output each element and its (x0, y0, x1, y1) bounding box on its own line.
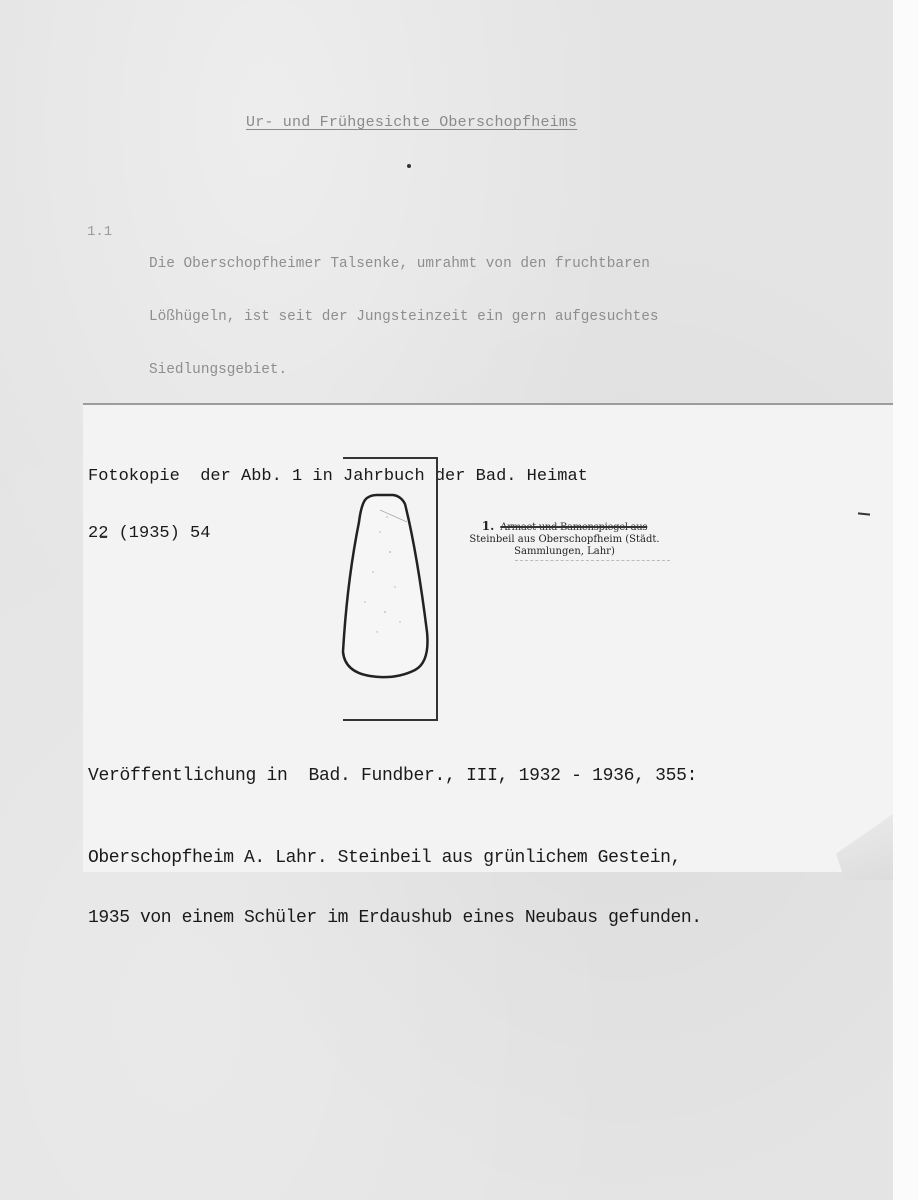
section-number: 1.1 (87, 224, 112, 240)
paragraph-line: Siedlungsgebiet. (149, 362, 849, 380)
document-title: Ur- und Frühgesichte Oberschopfheims (246, 114, 577, 131)
caption-struck-text: Armaet und Bamenspiegel aus (500, 522, 647, 533)
caption-divider (515, 560, 670, 561)
figure-caption: 1.Armaet und Bamenspiegel aus Steinbeil … (452, 520, 677, 558)
ink-speck (100, 536, 107, 538)
paragraph-line: Die Oberschopfheimer Talsenke, umrahmt v… (149, 256, 849, 274)
publication-reference: Veröffentlichung in Bad. Fundber., III, … (88, 766, 697, 786)
stone-axe-drawing (335, 492, 435, 682)
clipping-header-line: Fotokopie der Abb. 1 in Jahrbuch der Bad… (88, 467, 588, 486)
find-description: Oberschopfheim A. Lahr. Steinbeil aus gr… (88, 808, 702, 948)
ink-dot (407, 164, 411, 168)
description-line: 1935 von einem Schüler im Erdaushub eine… (88, 908, 702, 928)
caption-number: 1. (482, 519, 495, 533)
description-line: Oberschopfheim A. Lahr. Steinbeil aus gr… (88, 848, 702, 868)
caption-line: Sammlungen, Lahr) (452, 546, 677, 558)
caption-line: Steinbeil aus Oberschopfheim (Städt. (452, 534, 677, 546)
paragraph-line: Lößhügeln, ist seit der Jungsteinzeit ei… (149, 309, 849, 327)
page-margin (893, 0, 918, 1200)
